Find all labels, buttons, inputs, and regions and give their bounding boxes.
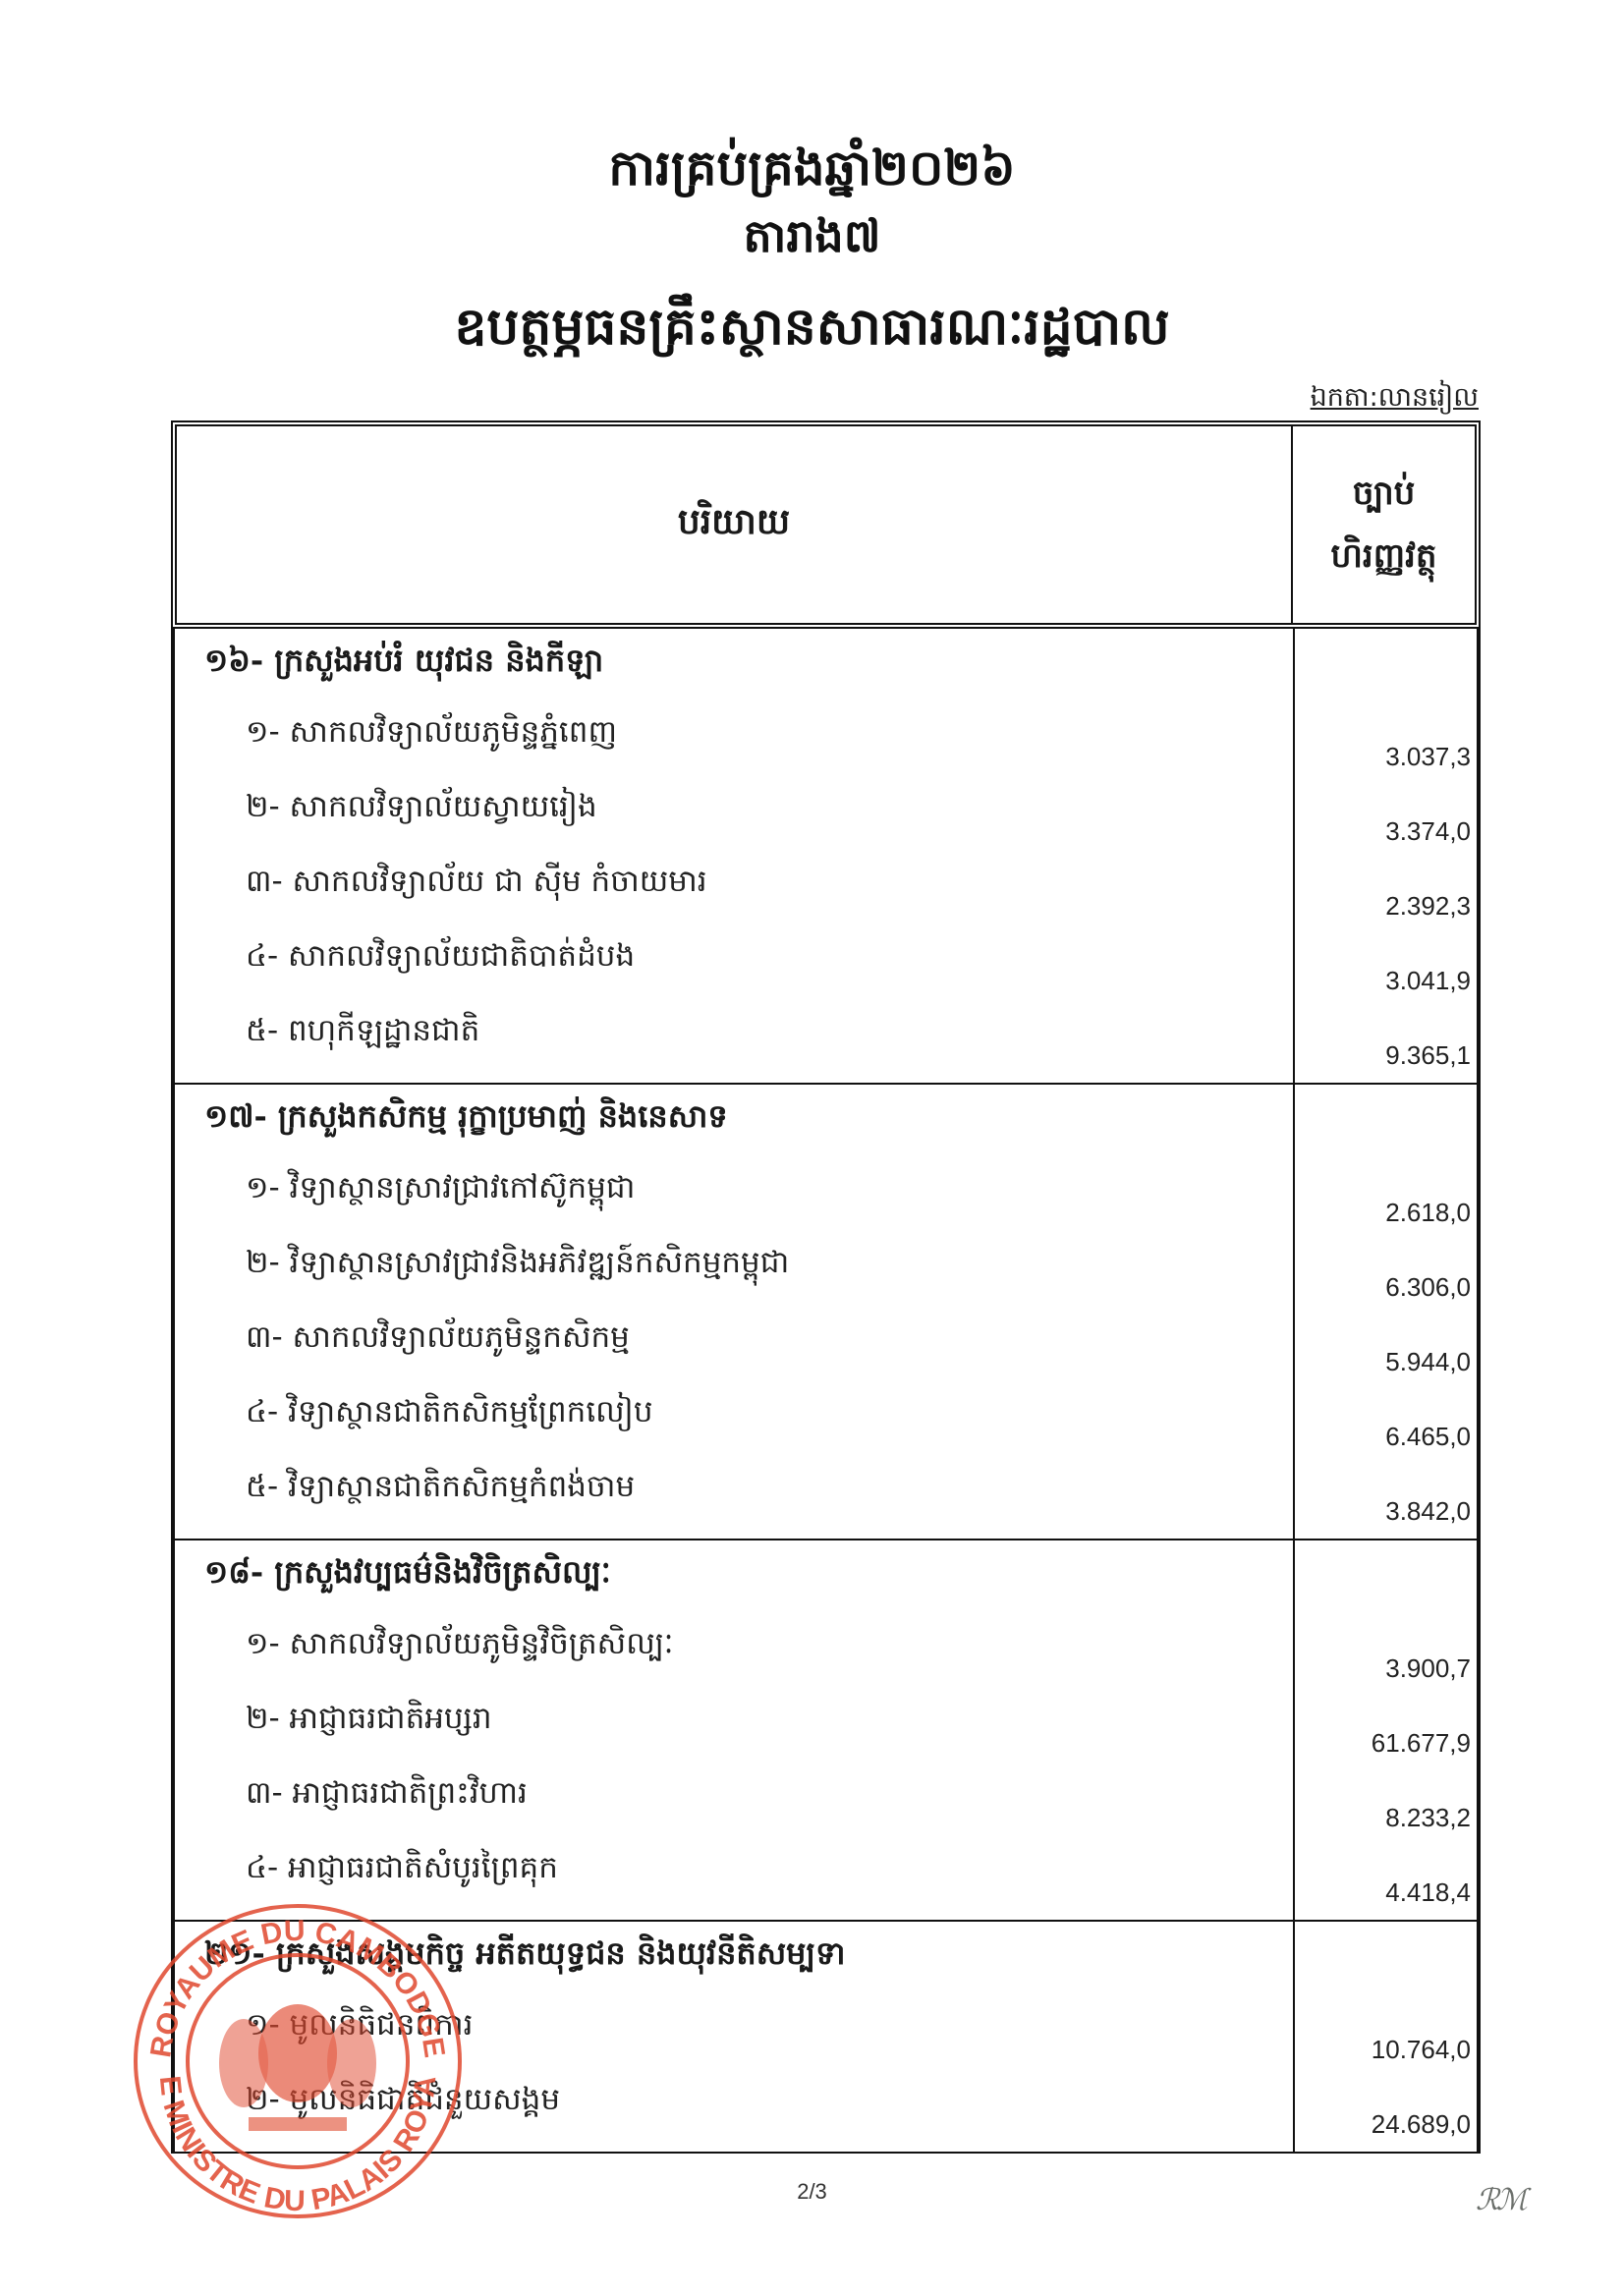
- page-number: 2/3: [0, 2179, 1624, 2205]
- table-row-amount: 5.944,0: [1295, 1303, 1477, 1377]
- table-row-label: ៤- សាកលវិទ្យាល័យជាតិបាត់ដំបង: [175, 922, 1293, 996]
- table-row-amount: 24.689,0: [1295, 2065, 1477, 2140]
- ministry-heading: ១៦- ក្រសួងអប់រំ យុវជន និងកីឡា: [175, 629, 1293, 698]
- document-title-3: ឧបត្ថម្ភធនគ្រឹះស្ថានសាធារណៈរដ្ឋបាល: [0, 295, 1624, 369]
- unit-label: ឯកតា:លានរៀល: [1311, 381, 1479, 420]
- table-row-label: ៤- វិទ្យាស្ថានជាតិកសិកម្មព្រែកលៀប: [175, 1377, 1293, 1452]
- table-group: ២១- ក្រសួងសង្គមកិច្ច អតីតយុទ្ធជន និងយុវន…: [171, 1922, 1481, 2154]
- table-row-label: ១- សាកលវិទ្យាល័យភូមិន្ទវិចិត្រសិល្បៈ: [175, 1609, 1293, 1684]
- table-row-label: ១- វិទ្យាស្ថានស្រាវជ្រាវកៅស៊ូកម្ពុជា: [175, 1153, 1293, 1228]
- table-row-label: ៥- ពហុកីឡដ្ឋានជាតិ: [175, 996, 1293, 1071]
- budget-table: បរិយាយ ច្បាប់ ហិរញ្ញវត្ថុ ១៦- ក្រសួងអប់រ…: [171, 420, 1481, 2154]
- group-description-cell: ២១- ក្រសួងសង្គមកិច្ច អតីតយុទ្ធជន និងយុវន…: [175, 1922, 1295, 2152]
- table-row-amount: 3.900,7: [1295, 1609, 1477, 1684]
- table-group: ១៦- ក្រសួងអប់រំ យុវជន និងកីឡា១- សាកលវិទ្…: [171, 629, 1481, 1085]
- header-amount-line2: ហិរញ្ញវត្ថុ: [1331, 525, 1437, 588]
- table-row-amount: 3.842,0: [1295, 1452, 1477, 1527]
- ministry-heading: ១៧- ក្រសួងកសិកម្ម រុក្ខាប្រមាញ់ និងនេសាទ: [175, 1085, 1293, 1153]
- document-title-1: ការគ្រប់គ្រងឆ្នាំ២០២៦: [0, 138, 1624, 209]
- table-row-label: ២- វិទ្យាស្ថានស្រាវជ្រាវនិងអភិវឌ្ឍន៍កសិក…: [175, 1228, 1293, 1303]
- group-amount-cell: 3.037,33.374,02.392,33.041,99.365,1: [1295, 629, 1477, 1083]
- header-description: បរិយាយ: [177, 426, 1293, 623]
- table-row-amount: 2.392,3: [1295, 847, 1477, 922]
- handwritten-initials: ℛℳ: [1476, 2183, 1525, 2217]
- table-row-amount: 61.677,9: [1295, 1684, 1477, 1759]
- ministry-heading: ១៨- ក្រសួងវប្បធម៌និងវិចិត្រសិល្បៈ: [175, 1540, 1293, 1609]
- table-row-amount: 3.037,3: [1295, 698, 1477, 772]
- group-description-cell: ១៧- ក្រសួងកសិកម្ម រុក្ខាប្រមាញ់ និងនេសាទ…: [175, 1085, 1295, 1539]
- table-row-label: ៣- អាជ្ញាធរជាតិព្រះវិហារ: [175, 1759, 1293, 1833]
- group-amount-cell: 10.764,024.689,0: [1295, 1922, 1477, 2152]
- table-row-label: ៣- សាកលវិទ្យាល័យ ជា ស៊ីម កំចាយមារ: [175, 847, 1293, 922]
- table-row-label: ២- អាជ្ញាធរជាតិអប្សរា: [175, 1684, 1293, 1759]
- group-description-cell: ១៦- ក្រសួងអប់រំ យុវជន និងកីឡា១- សាកលវិទ្…: [175, 629, 1295, 1083]
- table-row-amount: 9.365,1: [1295, 996, 1477, 1071]
- table-row-amount: 4.418,4: [1295, 1833, 1477, 1908]
- table-row-label: ២- មូលនិធិជាតិជំនួយសង្គម: [175, 2065, 1293, 2140]
- table-group: ១៨- ក្រសួងវប្បធម៌និងវិចិត្រសិល្បៈ១- សាកល…: [171, 1540, 1481, 1922]
- table-row-amount: 3.041,9: [1295, 922, 1477, 996]
- table-row-label: ១- សាកលវិទ្យាល័យភូមិន្ទភ្នំពេញ: [175, 698, 1293, 772]
- table-row-label: ២- សាកលវិទ្យាល័យស្វាយរៀង: [175, 772, 1293, 847]
- ministry-heading: ២១- ក្រសួងសង្គមកិច្ច អតីតយុទ្ធជន និងយុវន…: [175, 1922, 1293, 1990]
- document-title-2: តារាង៧: [0, 208, 1624, 274]
- table-group: ១៧- ក្រសួងកសិកម្ម រុក្ខាប្រមាញ់ និងនេសាទ…: [171, 1085, 1481, 1540]
- table-row-amount: 2.618,0: [1295, 1153, 1477, 1228]
- table-row-amount: 10.764,0: [1295, 1990, 1477, 2065]
- header-amount-line1: ច្បាប់: [1353, 462, 1416, 525]
- group-amount-cell: 2.618,06.306,05.944,06.465,03.842,0: [1295, 1085, 1477, 1539]
- table-row-label: ៤- អាជ្ញាធរជាតិសំបូរព្រៃគុក: [175, 1833, 1293, 1908]
- group-description-cell: ១៨- ក្រសួងវប្បធម៌និងវិចិត្រសិល្បៈ១- សាកល…: [175, 1540, 1295, 1920]
- group-amount-cell: 3.900,761.677,98.233,24.418,4: [1295, 1540, 1477, 1920]
- table-row-amount: 6.465,0: [1295, 1377, 1477, 1452]
- table-header: បរិយាយ ច្បាប់ ហិរញ្ញវត្ថុ: [171, 420, 1481, 629]
- header-amount: ច្បាប់ ហិរញ្ញវត្ថុ: [1293, 426, 1475, 623]
- table-body: ១៦- ក្រសួងអប់រំ យុវជន និងកីឡា១- សាកលវិទ្…: [171, 629, 1481, 2154]
- table-row-label: ១- មូលនិធិជនពិការ: [175, 1990, 1293, 2065]
- table-row-label: ៥- វិទ្យាស្ថានជាតិកសិកម្មកំពង់ចាម: [175, 1452, 1293, 1527]
- table-row-label: ៣- សាកលវិទ្យាល័យភូមិន្ទកសិកម្ម: [175, 1303, 1293, 1377]
- table-row-amount: 3.374,0: [1295, 772, 1477, 847]
- table-row-amount: 8.233,2: [1295, 1759, 1477, 1833]
- table-row-amount: 6.306,0: [1295, 1228, 1477, 1303]
